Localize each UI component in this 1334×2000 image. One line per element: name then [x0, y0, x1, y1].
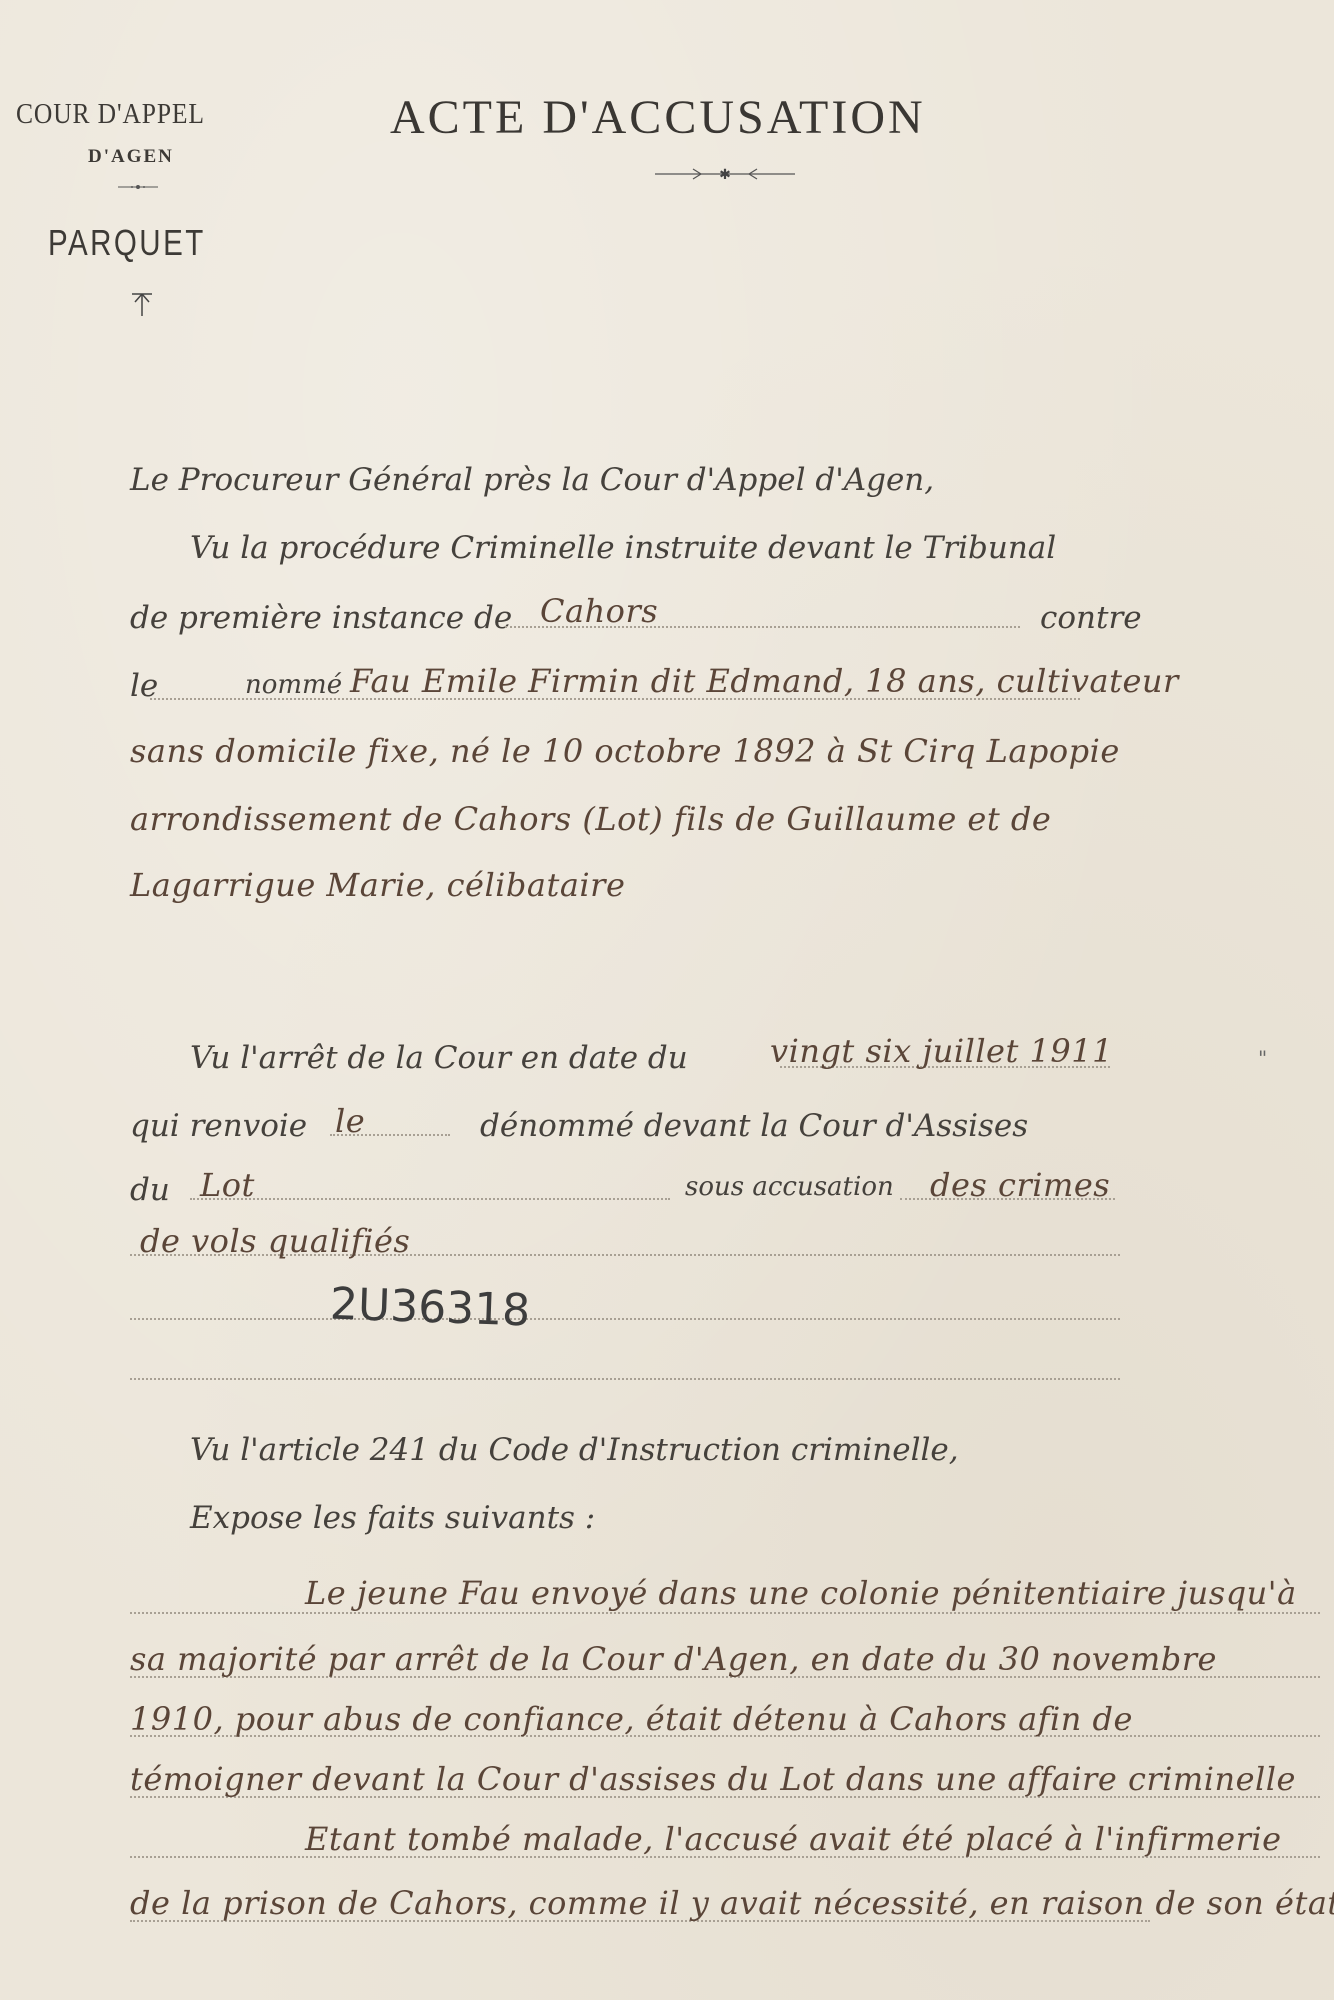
title-ornament-icon: ✱: [655, 166, 795, 182]
court-name: COUR D'APPEL: [16, 98, 245, 131]
tribunal-prefix: de première instance de: [130, 600, 512, 636]
fact-line-6: de la prison de Cahors, comme il y avait…: [130, 1884, 1334, 1922]
small-ornament-icon: [118, 183, 158, 191]
fact-line-5: Etant tombé malade, l'accusé avait été p…: [305, 1820, 1282, 1858]
fact-line-3: 1910, pour abus de confiance, était déte…: [130, 1700, 1133, 1738]
fact-rule-1: [130, 1612, 1320, 1614]
margin-mark: ": [1258, 1046, 1267, 1070]
arret-prefix: Vu l'arrêt de la Cour en date du: [190, 1040, 688, 1076]
renvoie-label: qui renvoie: [130, 1108, 307, 1144]
blank-line-1: [130, 1318, 1120, 1320]
identity-line-2: sans domicile fixe, né le 10 octobre 189…: [130, 732, 1120, 770]
prosecutor-line: Le Procureur Général près la Cour d'Appe…: [130, 462, 934, 498]
du-label: du: [130, 1172, 170, 1208]
department-label: PARQUET: [48, 222, 206, 264]
renvoie-field: le: [335, 1102, 365, 1140]
court-city: D'AGEN: [88, 146, 174, 168]
tribunal-field: Cahors: [540, 592, 658, 630]
crimes-field: des crimes: [930, 1166, 1110, 1204]
article-line: Vu l'article 241 du Code d'Instruction c…: [190, 1432, 959, 1468]
contre-label: contre: [1040, 600, 1142, 636]
nomme-label: nommé: [245, 670, 342, 700]
fact-line-4: témoigner devant la Cour d'assises du Lo…: [130, 1760, 1296, 1798]
archive-stamp: 2U36318: [329, 1279, 531, 1337]
fact-line-1: Le jeune Fau envoyé dans une colonie pén…: [305, 1574, 1297, 1612]
cour-field: Lot: [200, 1166, 255, 1204]
accusation-label: sous accusation: [685, 1172, 894, 1202]
denomme-label: dénommé devant la Cour d'Assises: [480, 1108, 1028, 1144]
identity-line-4: Lagarrigue Marie, célibataire: [130, 866, 625, 904]
document-title: ACTE D'ACCUSATION: [390, 90, 926, 145]
identity-line-3: arrondissement de Cahors (Lot) fils de G…: [130, 800, 1051, 838]
arret-date-field: vingt six juillet 1911: [770, 1032, 1113, 1070]
expose-line: Expose les faits suivants :: [190, 1500, 595, 1536]
accused-name-field: Fau Emile Firmin dit Edmand, 18 ans, cul…: [350, 662, 1179, 700]
procedure-line: Vu la procédure Criminelle instruite dev…: [190, 530, 1056, 566]
crimes-continuation-field: de vols qualifiés: [140, 1222, 410, 1260]
svg-text:✱: ✱: [719, 167, 731, 182]
fact-line-2: sa majorité par arrêt de la Cour d'Agen,…: [130, 1640, 1217, 1678]
blank-line-2: [130, 1378, 1120, 1380]
cour-field-line: [190, 1198, 670, 1200]
arrow-ornament-icon: [130, 290, 154, 316]
